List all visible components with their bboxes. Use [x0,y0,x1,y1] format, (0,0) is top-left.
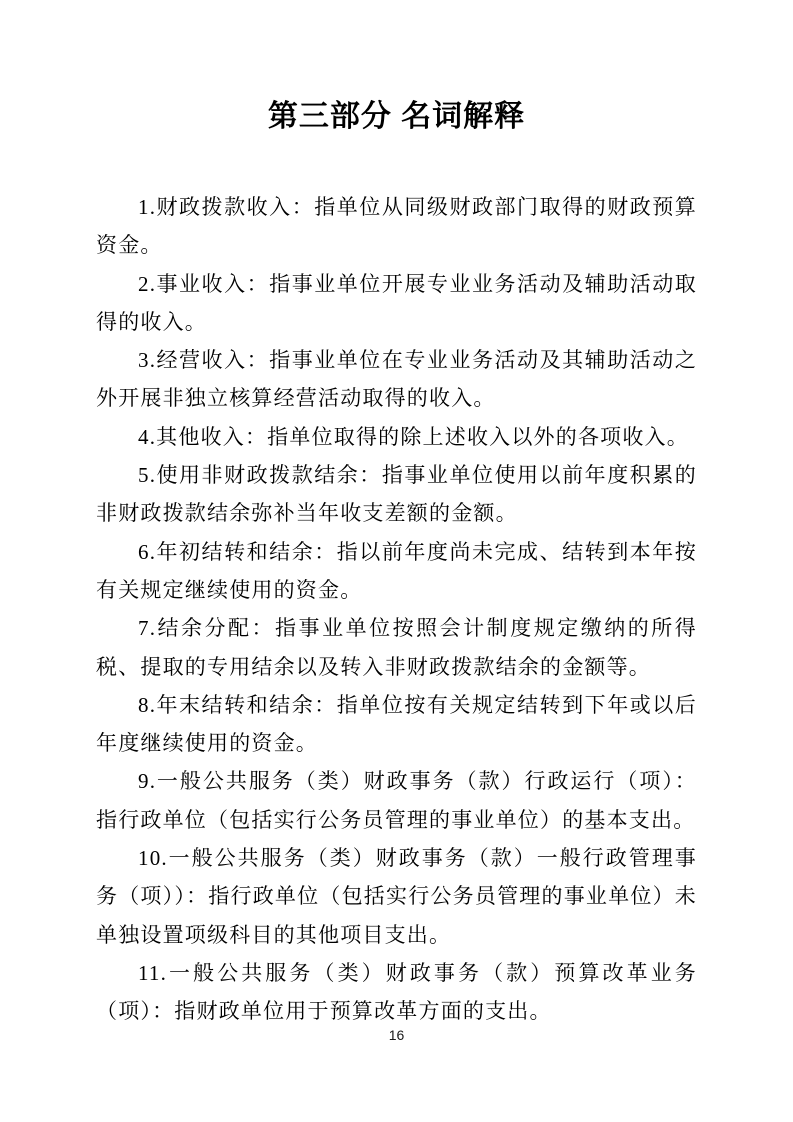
definition-paragraph-5: 5.使用非财政拨款结余：指事业单位使用以前年度积累的非财政拨款结余弥补当年收支差… [96,456,697,533]
document-page: 第三部分 名词解释 1.财政拨款收入：指单位从同级财政部门取得的财政预算资金。 … [0,0,793,1122]
definition-paragraph-7: 7.结余分配：指事业单位按照会计制度规定缴纳的所得税、提取的专用结余以及转入非财… [96,609,697,686]
definition-paragraph-8: 8.年末结转和结余：指单位按有关规定结转到下年或以后年度继续使用的资金。 [96,686,697,763]
definition-paragraph-11: 11.一般公共服务（类）财政事务（款）预算改革业务（项）：指财政单位用于预算改革… [96,954,697,1031]
definition-paragraph-3: 3.经营收入：指事业单位在专业业务活动及其辅助活动之外开展非独立核算经营活动取得… [96,341,697,418]
document-body: 1.财政拨款收入：指单位从同级财政部门取得的财政预算资金。 2.事业收入：指事业… [96,188,697,1031]
definition-paragraph-10: 10.一般公共服务（类）财政事务（款）一般行政管理事务（项））：指行政单位（包括… [96,839,697,954]
definition-paragraph-1: 1.财政拨款收入：指单位从同级财政部门取得的财政预算资金。 [96,188,697,265]
definition-paragraph-6: 6.年初结转和结余：指以前年度尚未完成、结转到本年按有关规定继续使用的资金。 [96,533,697,610]
page-number: 16 [0,1027,793,1043]
definition-paragraph-4: 4.其他收入：指单位取得的除上述收入以外的各项收入。 [96,418,697,456]
page-title: 第三部分 名词解释 [0,99,793,135]
definition-paragraph-9: 9.一般公共服务（类）财政事务（款）行政运行（项）：指行政单位（包括实行公务员管… [96,762,697,839]
definition-paragraph-2: 2.事业收入：指事业单位开展专业业务活动及辅助活动取得的收入。 [96,265,697,342]
